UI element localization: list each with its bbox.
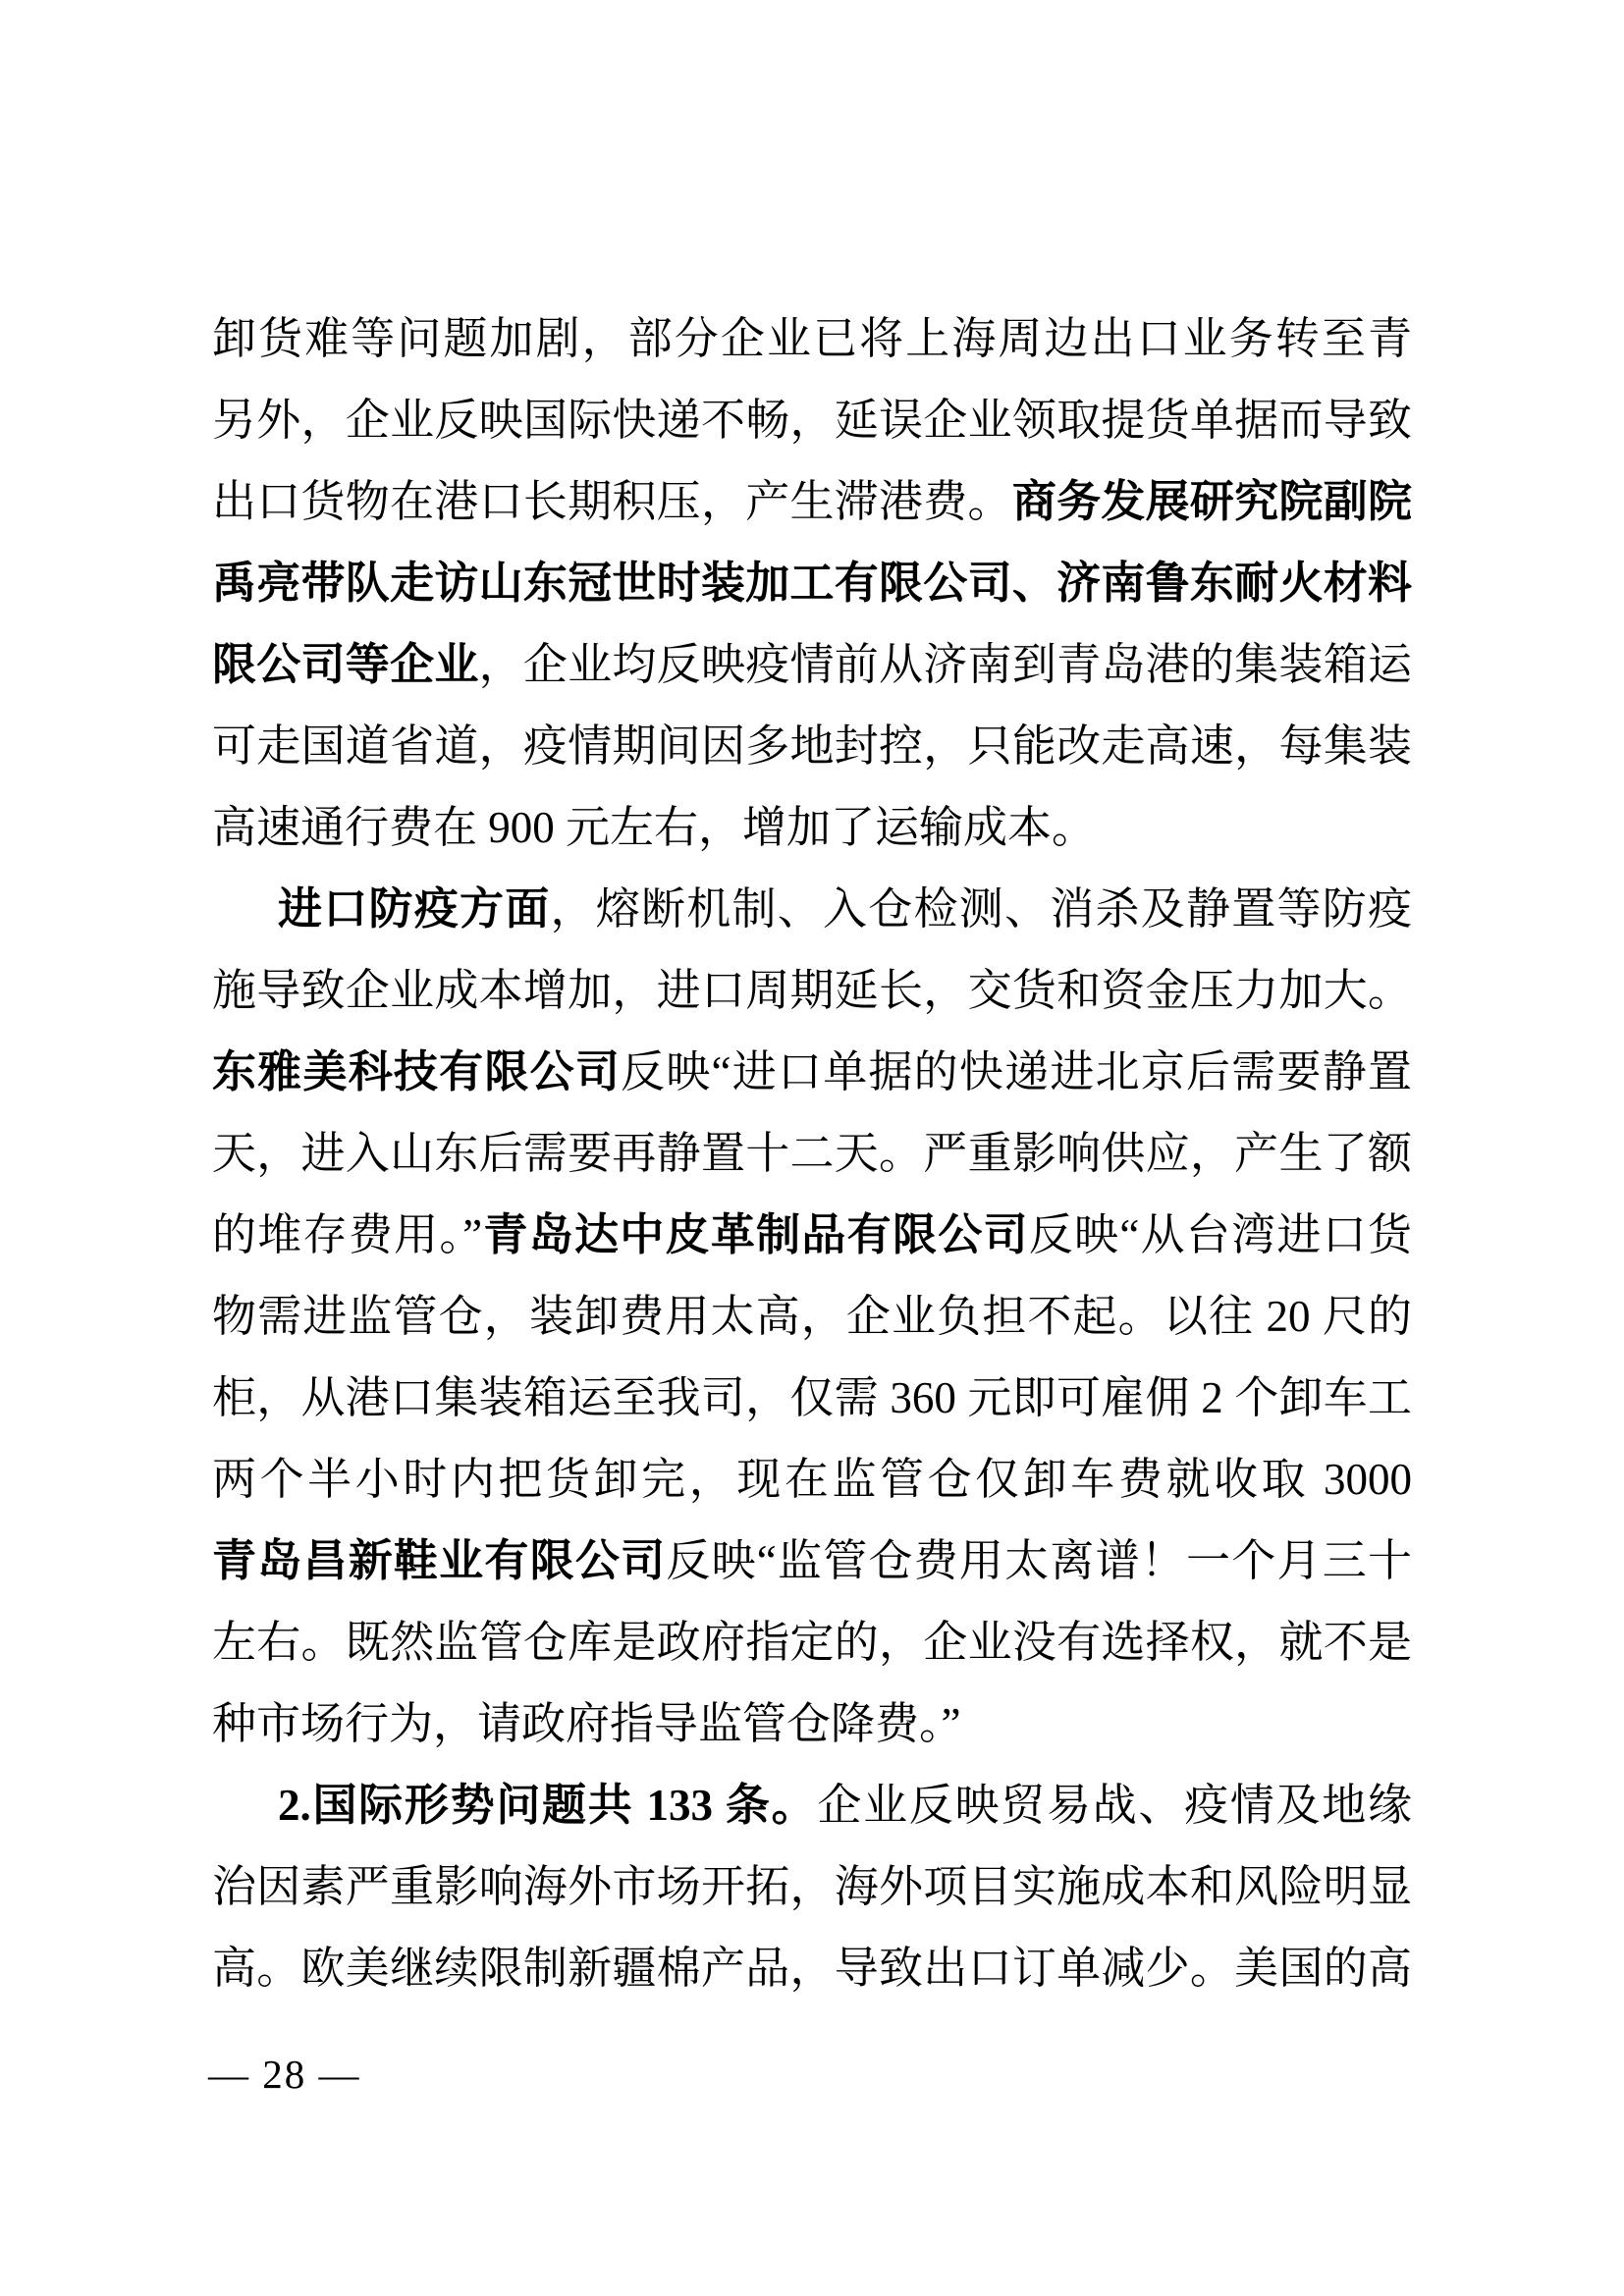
text-run-bold: 限公司等企业 (212, 640, 479, 689)
text-line: 物需进监管仓，装卸费用太高，企业负担不起。以往 20 尺的货 (212, 1276, 1412, 1358)
text-run: 高速通行费在 900 元左右，增加了运输成本。 (212, 803, 1096, 852)
text-run: 两个半小时内把货卸完，现在监管仓仅卸车费就收取 3000 元。” (212, 1455, 1412, 1521)
text-run-bold: 禹亮带队走访山东冠世时装加工有限公司、济南鲁东耐火材料有 (212, 559, 1412, 624)
text-line: 高速通行费在 900 元左右，增加了运输成本。 (212, 787, 1412, 869)
text-line: 左右。既然监管仓库是政府指定的，企业没有选择权，就不是一 (212, 1602, 1412, 1683)
text-line: 两个半小时内把货卸完，现在监管仓仅卸车费就收取 3000 元。” (212, 1439, 1412, 1521)
text-line: 高。欧美继续限制新疆棉产品，导致出口订单减少。美国的高关 (212, 1928, 1412, 2009)
text-run: 种市场行为，请政府指导监管仓降费。” (212, 1699, 960, 1748)
text-run: 物需进监管仓，装卸费用太高，企业负担不起。以往 20 尺的货 (212, 1292, 1412, 1358)
text-line: 禹亮带队走访山东冠世时装加工有限公司、济南鲁东耐火材料有 (212, 543, 1412, 624)
text-run: 高。欧美继续限制新疆棉产品，导致出口订单减少。美国的高关 (212, 1944, 1412, 2009)
text-run: 天，进入山东后需要再静置十二天。严重影响供应，产生了额外 (212, 1129, 1412, 1195)
text-line: 限公司等企业，企业均反映疫情前从济南到青岛港的集装箱运输 (212, 624, 1412, 706)
text-run: 可走国道省道，疫情期间因多地封控，只能改走高速，每集装箱 (212, 721, 1412, 787)
text-line: 进口防疫方面，熔断机制、入仓检测、消杀及静置等防疫措 (212, 869, 1412, 950)
text-run: 柜，从港口集装箱运至我司，仅需 360 元即可雇佣 2 个卸车工在 (212, 1373, 1412, 1439)
text-line: 治因素严重影响海外市场开拓，海外项目实施成本和风险明显提 (212, 1846, 1412, 1928)
text-run-bold: 东雅美科技有限公司 (212, 1047, 621, 1096)
document-body: 卸货难等问题加剧，部分企业已将上海周边出口业务转至青岛。另外，企业反映国际快递不… (212, 298, 1412, 2009)
text-line: 东雅美科技有限公司反映“进口单据的快递进北京后需要静置十 (212, 1032, 1412, 1113)
text-run-bold: 青岛达中皮革制品有限公司 (482, 1210, 1029, 1259)
text-line: 卸货难等问题加剧，部分企业已将上海周边出口业务转至青岛。 (212, 298, 1412, 380)
text-run: 另外，企业反映国际快递不畅，延误企业领取提货单据而导致进 (212, 396, 1412, 461)
text-run-bold: 青岛昌新鞋业有限公司 (212, 1536, 666, 1585)
text-line: 青岛昌新鞋业有限公司反映“监管仓费用太离谱！一个月三十万 (212, 1521, 1412, 1602)
text-line: 可走国道省道，疫情期间因多地封控，只能改走高速，每集装箱 (212, 706, 1412, 787)
text-line: 柜，从港口集装箱运至我司，仅需 360 元即可雇佣 2 个卸车工在 (212, 1358, 1412, 1439)
text-run: 卸货难等问题加剧，部分企业已将上海周边出口业务转至青岛。 (212, 314, 1412, 380)
text-line: 2.国际形势问题共 133 条。企业反映贸易战、疫情及地缘政 (212, 1765, 1412, 1846)
text-line: 另外，企业反映国际快递不畅，延误企业领取提货单据而导致进 (212, 380, 1412, 461)
text-run-bold: 2.国际形势问题共 133 条。 (278, 1781, 817, 1830)
text-run: 治因素严重影响海外市场开拓，海外项目实施成本和风险明显提 (212, 1862, 1412, 1928)
page-number: — 28 — (208, 2050, 361, 2099)
document-page: 卸货难等问题加剧，部分企业已将上海周边出口业务转至青岛。另外，企业反映国际快递不… (0, 0, 1624, 2296)
text-run-bold: 进口防疫方面 (278, 884, 551, 934)
text-line: 天，进入山东后需要再静置十二天。严重影响供应，产生了额外 (212, 1113, 1412, 1195)
text-run: 的堆存费用。” (212, 1210, 482, 1259)
text-line: 种市场行为，请政府指导监管仓降费。” (212, 1683, 1412, 1765)
text-run: 左右。既然监管仓库是政府指定的，企业没有选择权，就不是一 (212, 1618, 1412, 1683)
text-run: 出口货物在港口长期积压，产生滞港费。 (212, 477, 1012, 526)
text-line: 的堆存费用。”青岛达中皮革制品有限公司反映“从台湾进口货 (212, 1195, 1412, 1276)
text-line: 出口货物在港口长期积压，产生滞港费。商务发展研究院副院长 (212, 461, 1412, 543)
text-line: 施导致企业成本增加，进口周期延长，交货和资金压力加大。山 (212, 950, 1412, 1032)
text-run: 反映“从台湾进口货 (1029, 1210, 1412, 1259)
text-run: 施导致企业成本增加，进口周期延长，交货和资金压力加大。 (212, 966, 1412, 1015)
